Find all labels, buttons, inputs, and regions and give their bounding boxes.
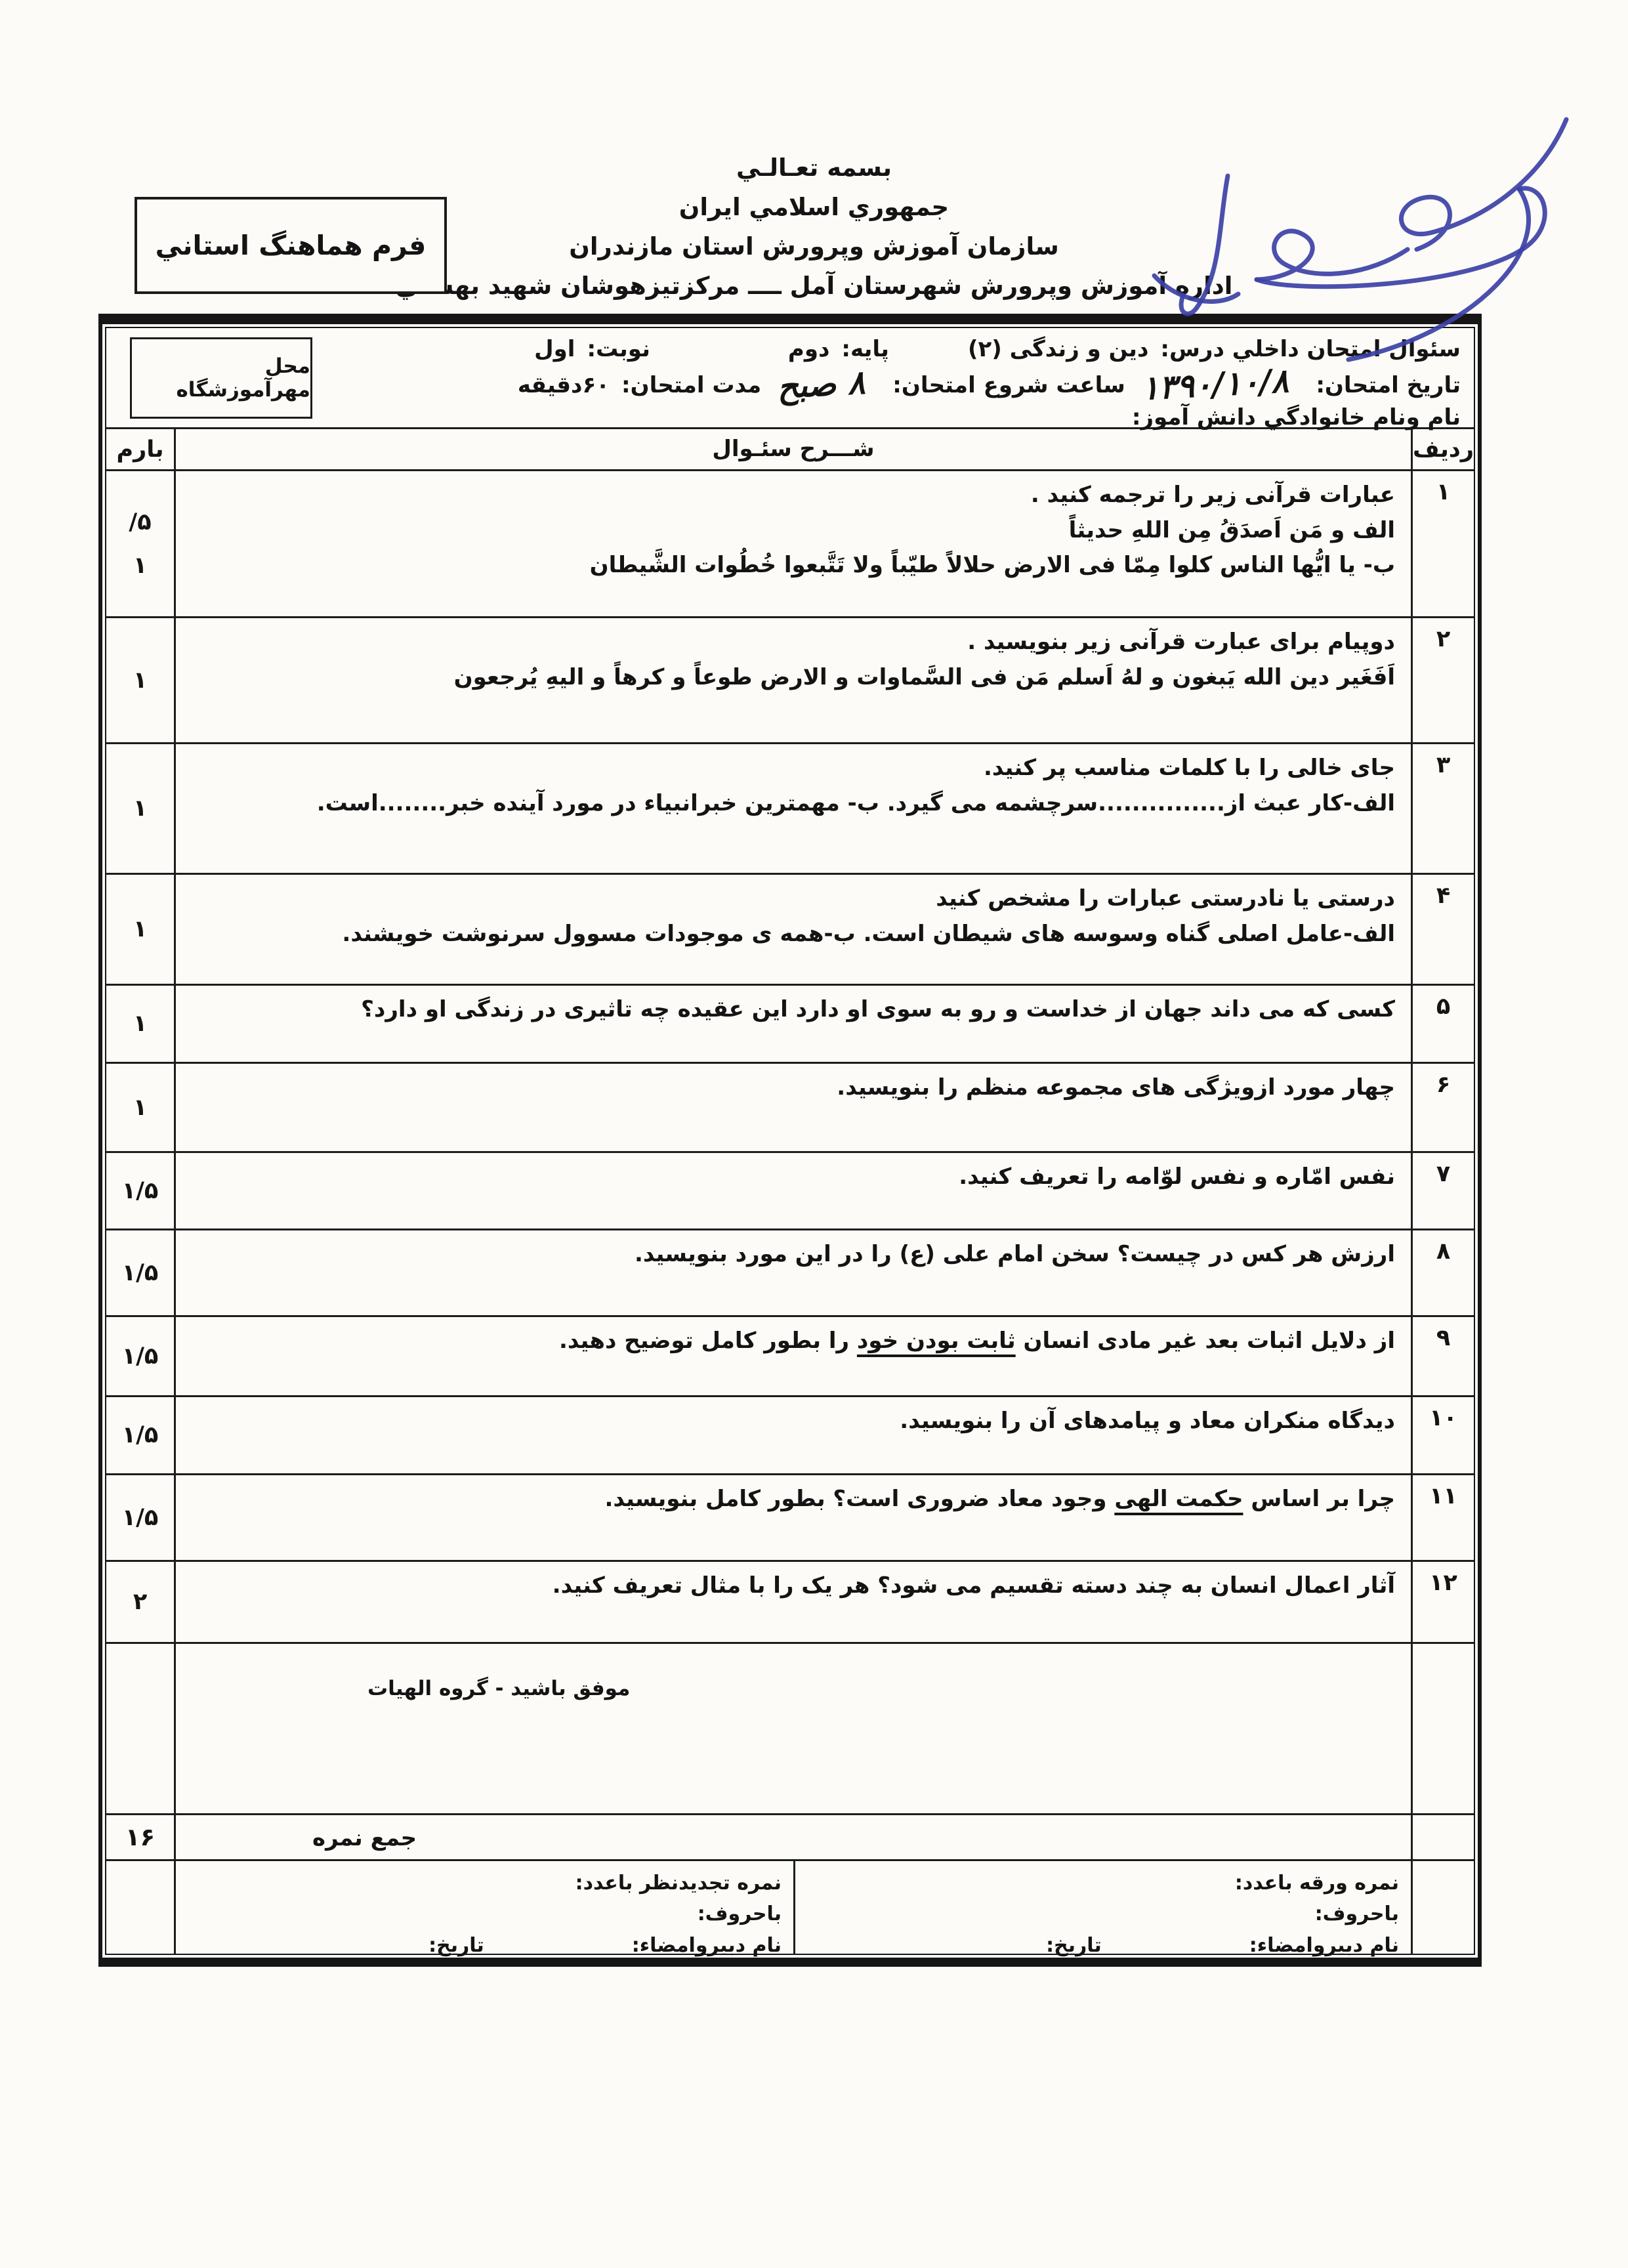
handwritten-signature (1099, 77, 1601, 392)
question-number: ۳ (1411, 744, 1474, 873)
question-text: کسی که می داند جهان از خداست و رو به سوی… (176, 986, 1411, 1062)
question-text: آثار اعمال انسان به چند دسته تقسیم می شو… (176, 1562, 1411, 1642)
date-label: تاریخ: (1046, 1930, 1102, 1961)
regrade-words-label: باحروف: (188, 1899, 782, 1929)
question-marks: ۱ (106, 986, 176, 1062)
score-numeric-label: نمره ورقه باعدد: (807, 1868, 1399, 1899)
question-row: ۳جای خالی را با کلمات مناسب پر کنید.الف-… (106, 744, 1474, 875)
question-row: ۲دوپیام برای عبارت قرآنی زیر بنویسید .اَ… (106, 618, 1474, 744)
mark-value: ۱ (133, 1095, 147, 1121)
scanned-exam-page: بسمه تعـالـي جمهوري اسلامي ايران سازمان … (0, 0, 1628, 2268)
mark-value: /۵ (129, 509, 151, 535)
question-marks: ۱/۵ (106, 1153, 176, 1228)
question-row: ۸ارزش هر کس در چیست؟ سخن امام علی (ع) را… (106, 1230, 1474, 1317)
question-text-segment: از دلایل اثبات بعد غیر مادی انسان (1016, 1328, 1395, 1354)
regrade-box: نمره تجدیدنظر باعدد: باحروف: نام دبیروام… (176, 1861, 793, 1954)
mark-value: ۱ (133, 1011, 147, 1037)
regrade-teacher-label: نام دبیروامضاء: (632, 1930, 782, 1961)
question-text-segment: ارزش هر کس در چیست؟ سخن امام علی (ع) را … (635, 1241, 1395, 1267)
total-value: ۱۶ (125, 1823, 155, 1851)
question-text-segment: کسی که می داند جهان از خداست و رو به سوی… (361, 996, 1395, 1022)
col-header-question: شـــرح سئـوال (176, 429, 1411, 469)
question-text-segment: چهار مورد ازویژگی های مجموعه منظم را بنو… (837, 1074, 1395, 1101)
question-text: جای خالی را با کلمات مناسب پر کنید.الف-ک… (176, 744, 1411, 873)
footer-number-cell (1411, 1861, 1474, 1954)
question-text-segment: دوپیام برای عبارت قرآنی زیر بنویسید . (967, 629, 1395, 655)
duration-value: ۶۰دقيقه (518, 369, 610, 401)
teacher-signature-line: نام دبیروامضاء: تاریخ: (807, 1930, 1399, 1961)
question-text: از دلایل اثبات بعد غیر مادی انسان ثابت ب… (176, 1317, 1411, 1395)
question-text: نفس امّاره و نفس لوّامه را تعریف کنید. (176, 1153, 1411, 1228)
question-row: ۹از دلایل اثبات بعد غیر مادی انسان ثابت … (106, 1317, 1474, 1397)
question-number: ۱ (1411, 471, 1474, 616)
question-text-segment: نفس امّاره و نفس لوّامه را تعریف کنید. (959, 1164, 1395, 1190)
teacher-name-label: نام دبیروامضاء: (1249, 1930, 1399, 1961)
term-value: اول (534, 333, 575, 365)
term-label: نوبت: (587, 333, 650, 365)
question-text: عبارات قرآنی زیر را ترجمه کنید .الف و مَ… (176, 471, 1411, 616)
col-header-row-number: رديف (1411, 429, 1474, 469)
question-text-segment: جای خالی را با کلمات مناسب پر کنید. (984, 755, 1395, 781)
student-name-line: نام ونام خانوادگي دانش آموز: (323, 402, 1461, 433)
first-grading-box: نمره ورقه باعدد: باحروف: نام دبیروامضاء:… (793, 1861, 1411, 1954)
mark-value: ۱ (133, 795, 147, 822)
mark-value: ۱/۵ (122, 1505, 159, 1531)
question-number: ۲ (1411, 618, 1474, 742)
question-marks: ۲ (106, 1562, 176, 1642)
mark-value: ۱/۵ (122, 1343, 159, 1370)
school-stamp-box: محل مهرآموزشگاه (130, 337, 312, 419)
question-text-segment: را بطور کامل توضیح دهید. (559, 1328, 857, 1354)
question-text: چهار مورد ازویژگی های مجموعه منظم را بنو… (176, 1064, 1411, 1151)
question-marks: ۱ (106, 618, 176, 742)
question-marks: /۵۱ (106, 471, 176, 616)
mark-value: ۱/۵ (122, 1422, 159, 1448)
start-time-handwritten: ۸ صبح (776, 366, 866, 404)
regrade-teacher-line: نام دبیروامضاء: تاریخ: (188, 1930, 782, 1961)
question-text-segment: الف-عامل اصلی گناه وسوسه های شیطان است. … (342, 921, 1395, 947)
total-row-number-cell (1411, 1815, 1474, 1859)
question-row: ۱۰دیدگاه منکران معاد و پیامدهای آن را بن… (106, 1397, 1474, 1475)
goodluck-text: موفق باشید - گروه الهیات (176, 1644, 1411, 1813)
question-marks: ۱/۵ (106, 1230, 176, 1315)
grade-label: پايه: (841, 333, 889, 365)
question-number: ۱۱ (1411, 1475, 1474, 1560)
question-row: ۱عبارات قرآنی زیر را ترجمه کنید .الف و م… (106, 471, 1474, 618)
school-stamp-label: محل مهرآموزشگاه (132, 354, 310, 402)
score-words-label: باحروف: (807, 1899, 1399, 1929)
provincial-form-box: فرم هماهنگ استاني (135, 197, 447, 294)
question-marks: ۱ (106, 1064, 176, 1151)
question-row: ۱۱چرا بر اساس حکمت الهی وجود معاد ضروری … (106, 1475, 1474, 1562)
question-text-segment: دیدگاه منکران معاد و پیامدهای آن را بنوی… (900, 1408, 1395, 1434)
question-text-segment: چرا بر اساس (1243, 1486, 1395, 1512)
exam-table-inner: محل مهرآموزشگاه سئوال امتحان داخلي درس: … (105, 327, 1475, 1955)
goodluck-row: موفق باشید - گروه الهیات (106, 1644, 1474, 1815)
mark-value: ۱/۵ (122, 1260, 159, 1286)
exam-table: محل مهرآموزشگاه سئوال امتحان داخلي درس: … (98, 314, 1482, 1967)
question-text-segment: الف-کار عبث از...............سرچشمه می گ… (317, 790, 1395, 816)
question-text: دیدگاه منکران معاد و پیامدهای آن را بنوی… (176, 1397, 1411, 1473)
mark-value: ۱ (133, 667, 147, 694)
total-value-cell: ۱۶ (106, 1815, 176, 1859)
footer-marks-cell (106, 1861, 176, 1954)
question-row: ۵کسی که می داند جهان از خداست و رو به سو… (106, 986, 1474, 1064)
question-number: ۱۰ (1411, 1397, 1474, 1473)
question-text-segment: ب- یا ایُّها الناس کلوا مِمّا فی الارض ح… (590, 552, 1395, 578)
question-text: چرا بر اساس حکمت الهی وجود معاد ضروری اس… (176, 1475, 1411, 1560)
question-row: ۷نفس امّاره و نفس لوّامه را تعریف کنید.۱… (106, 1153, 1474, 1230)
regrade-date-label: تاریخ: (428, 1930, 484, 1961)
mark-value: ۲ (133, 1589, 147, 1615)
question-marks: ۱ (106, 875, 176, 984)
goodluck-row-number-cell (1411, 1644, 1474, 1813)
question-number: ۹ (1411, 1317, 1474, 1395)
grading-footer-row: نمره ورقه باعدد: باحروف: نام دبیروامضاء:… (106, 1861, 1474, 1954)
question-marks: ۱ (106, 744, 176, 873)
start-time-label: ساعت شروع امتحان: (892, 369, 1125, 401)
regrade-numeric-label: نمره تجدیدنظر باعدد: (188, 1868, 782, 1899)
question-number: ۷ (1411, 1153, 1474, 1228)
question-text: درستی یا نادرستی عبارات را مشخص کنیدالف-… (176, 875, 1411, 984)
grade-value: دوم (788, 333, 830, 365)
question-text-segment: درستی یا نادرستی عبارات را مشخص کنید (936, 885, 1395, 912)
question-number: ۴ (1411, 875, 1474, 984)
question-number: ۱۲ (1411, 1562, 1474, 1642)
duration-label: مدت امتحان: (621, 369, 761, 401)
question-marks: ۱/۵ (106, 1397, 176, 1473)
question-rows: ۱عبارات قرآنی زیر را ترجمه کنید .الف و م… (106, 471, 1474, 1644)
question-marks: ۱/۵ (106, 1317, 176, 1395)
col-header-marks: بارم (106, 429, 176, 469)
question-text: دوپیام برای عبارت قرآنی زیر بنویسید .اَف… (176, 618, 1411, 742)
total-row: جمع نمره ۱۶ (106, 1815, 1474, 1861)
total-label-cell: جمع نمره (176, 1815, 1411, 1859)
table-header-row: رديف شـــرح سئـوال بارم (106, 429, 1474, 471)
mark-value: ۱ (133, 916, 147, 942)
goodluck-marks-cell (106, 1644, 176, 1813)
question-number: ۵ (1411, 986, 1474, 1062)
question-text-segment: الف و مَن اَصدَقُ مِن اللهِ حدیثاً (1069, 517, 1395, 543)
question-number: ۶ (1411, 1064, 1474, 1151)
student-name-label: نام ونام خانوادگي دانش آموز: (1132, 402, 1461, 433)
mark-value: ۱/۵ (122, 1178, 159, 1204)
provincial-form-label: فرم هماهنگ استاني (156, 230, 427, 261)
total-label: جمع نمره (312, 1821, 417, 1857)
question-row: ۶چهار مورد ازویژگی های مجموعه منظم را بن… (106, 1064, 1474, 1153)
question-text-segment: اَفَغَیر دین الله یَبغون و لهُ اَسلم مَن… (454, 664, 1395, 690)
question-emphasized-term: حکمت الهی (1114, 1486, 1243, 1512)
question-number: ۸ (1411, 1230, 1474, 1315)
question-marks: ۱/۵ (106, 1475, 176, 1560)
question-emphasized-term: ثابت بودن خود (857, 1328, 1016, 1354)
question-text-segment: وجود معاد ضروری است؟ بطور کامل بنویسید. (604, 1486, 1114, 1512)
mark-value: ۱ (133, 553, 147, 579)
question-text-segment: عبارات قرآنی زیر را ترجمه کنید . (1031, 482, 1395, 508)
question-text-segment: آثار اعمال انسان به چند دسته تقسیم می شو… (553, 1572, 1395, 1599)
question-text: ارزش هر کس در چیست؟ سخن امام علی (ع) را … (176, 1230, 1411, 1315)
grading-footer-cells: نمره ورقه باعدد: باحروف: نام دبیروامضاء:… (176, 1861, 1411, 1954)
question-row: ۱۲آثار اعمال انسان به چند دسته تقسیم می … (106, 1562, 1474, 1644)
question-row: ۴درستی یا نادرستی عبارات را مشخص کنیدالف… (106, 875, 1474, 986)
